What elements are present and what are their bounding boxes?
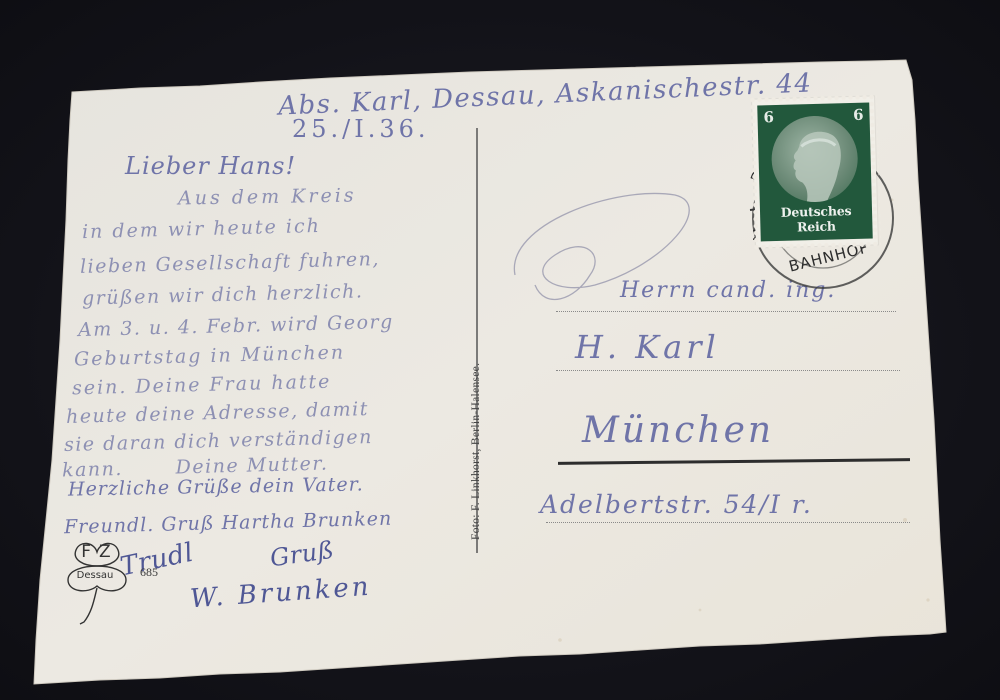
stamp-value-left: 6 [763, 108, 774, 126]
logo-letters: FZ [64, 542, 130, 562]
stamp-frame: 6 6 Deutsches Reich [757, 103, 873, 242]
recipient-street: Adelbertstr. 54/I r. [540, 490, 813, 519]
address-line-1 [556, 311, 896, 312]
recipient-city: München [582, 410, 774, 451]
address-line-2 [556, 370, 900, 371]
publisher-logo: FZ Dessau [64, 538, 130, 626]
message-line: Aus dem Kreis [178, 184, 357, 209]
message-salutation: Lieber Hans! [125, 152, 296, 180]
card-number: 685 [140, 565, 158, 580]
photo-credit: Foto: F. Linkhorst, Berlin-Halensee. [470, 363, 482, 540]
recipient-name: H. Karl [575, 328, 720, 366]
logo-city: Dessau [64, 570, 126, 581]
stamp-country: Deutsches Reich [760, 203, 873, 236]
portrait-icon [771, 115, 859, 203]
postcard: Abs. Karl, Dessau, Askanischestr. 44 25.… [0, 0, 1000, 700]
stamp-value-right: 6 [853, 106, 864, 124]
date: 25./I.36. [292, 115, 430, 143]
recipient-salutation: Herrn cand. ing. [620, 278, 836, 303]
address-line-street [546, 522, 910, 523]
postage-stamp: 6 6 Deutsches Reich [752, 96, 878, 247]
